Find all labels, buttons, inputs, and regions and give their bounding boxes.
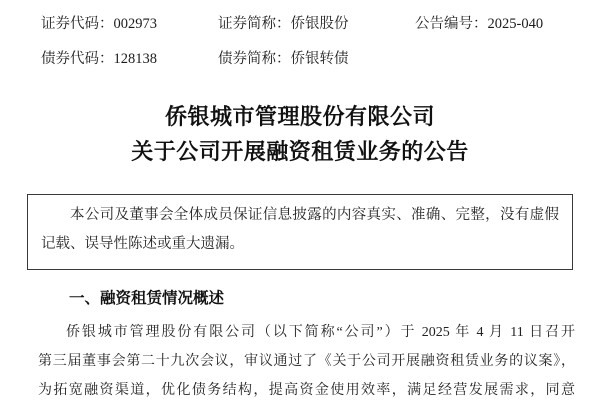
announcement-document: 证券代码：002973 证券简称：侨银股份 公告编号：2025-040 债券代码… — [0, 0, 600, 400]
header-row-bond: 债券代码：128138 债券简称：侨银转债 — [41, 49, 582, 69]
paragraph-line-2: 第三届董事会第二十九次会议，审议通过了《关于公司开展融资租赁业务的议案》， — [38, 347, 575, 376]
disclaimer-text-line-2: 记载、误导性陈述或重大遗漏。 — [41, 230, 559, 259]
announcement-number-label: 公告编号： — [415, 16, 488, 32]
section-financing-lease-overview: 一、融资租赁情况概述 侨银城市管理股份有限公司（以下简称“公司”）于 2025 … — [38, 288, 575, 400]
header-row-stock: 证券代码：002973 证券简称：侨银股份 公告编号：2025-040 — [41, 14, 582, 34]
document-header: 证券代码：002973 证券简称：侨银股份 公告编号：2025-040 债券代码… — [0, 0, 600, 69]
bond-code-label: 债券代码： — [41, 51, 114, 67]
document-title-line-1: 侨银城市管理股份有限公司 — [0, 99, 600, 134]
header-row-bond-spacer — [415, 49, 582, 69]
stock-short-name: 证券简称：侨银股份 — [218, 14, 415, 34]
document-title: 侨银城市管理股份有限公司 关于公司开展融资租赁业务的公告 — [0, 99, 600, 169]
disclaimer-text-line-1: 本公司及董事会全体成员保证信息披露的内容真实、准确、完整，没有虚假 — [41, 201, 559, 230]
section-heading: 一、融资租赁情况概述 — [38, 288, 575, 309]
paragraph-line-1: 侨银城市管理股份有限公司（以下简称“公司”）于 2025 年 4 月 11 日召… — [38, 318, 575, 347]
bond-code: 债券代码：128138 — [41, 49, 218, 69]
document-title-line-2: 关于公司开展融资租赁业务的公告 — [0, 134, 600, 169]
announcement-number-value: 2025-040 — [488, 16, 544, 32]
section-paragraph: 侨银城市管理股份有限公司（以下简称“公司”）于 2025 年 4 月 11 日召… — [38, 318, 575, 400]
stock-code-label: 证券代码： — [41, 16, 114, 32]
bond-short-name-label: 债券简称： — [218, 51, 291, 67]
disclaimer-box: 本公司及董事会全体成员保证信息披露的内容真实、准确、完整，没有虚假 记载、误导性… — [27, 194, 573, 270]
stock-short-name-label: 证券简称： — [218, 16, 291, 32]
stock-code: 证券代码：002973 — [41, 14, 218, 34]
paragraph-line-3: 为拓宽融资渠道，优化债务结构，提高资金使用效率，满足经营发展需求，同意 — [38, 376, 575, 400]
bond-short-name-value: 侨银转债 — [291, 51, 349, 67]
bond-short-name: 债券简称：侨银转债 — [218, 49, 415, 69]
announcement-number: 公告编号：2025-040 — [415, 14, 582, 34]
bond-code-value: 128138 — [114, 51, 158, 67]
stock-short-name-value: 侨银股份 — [291, 16, 349, 32]
stock-code-value: 002973 — [114, 16, 158, 32]
